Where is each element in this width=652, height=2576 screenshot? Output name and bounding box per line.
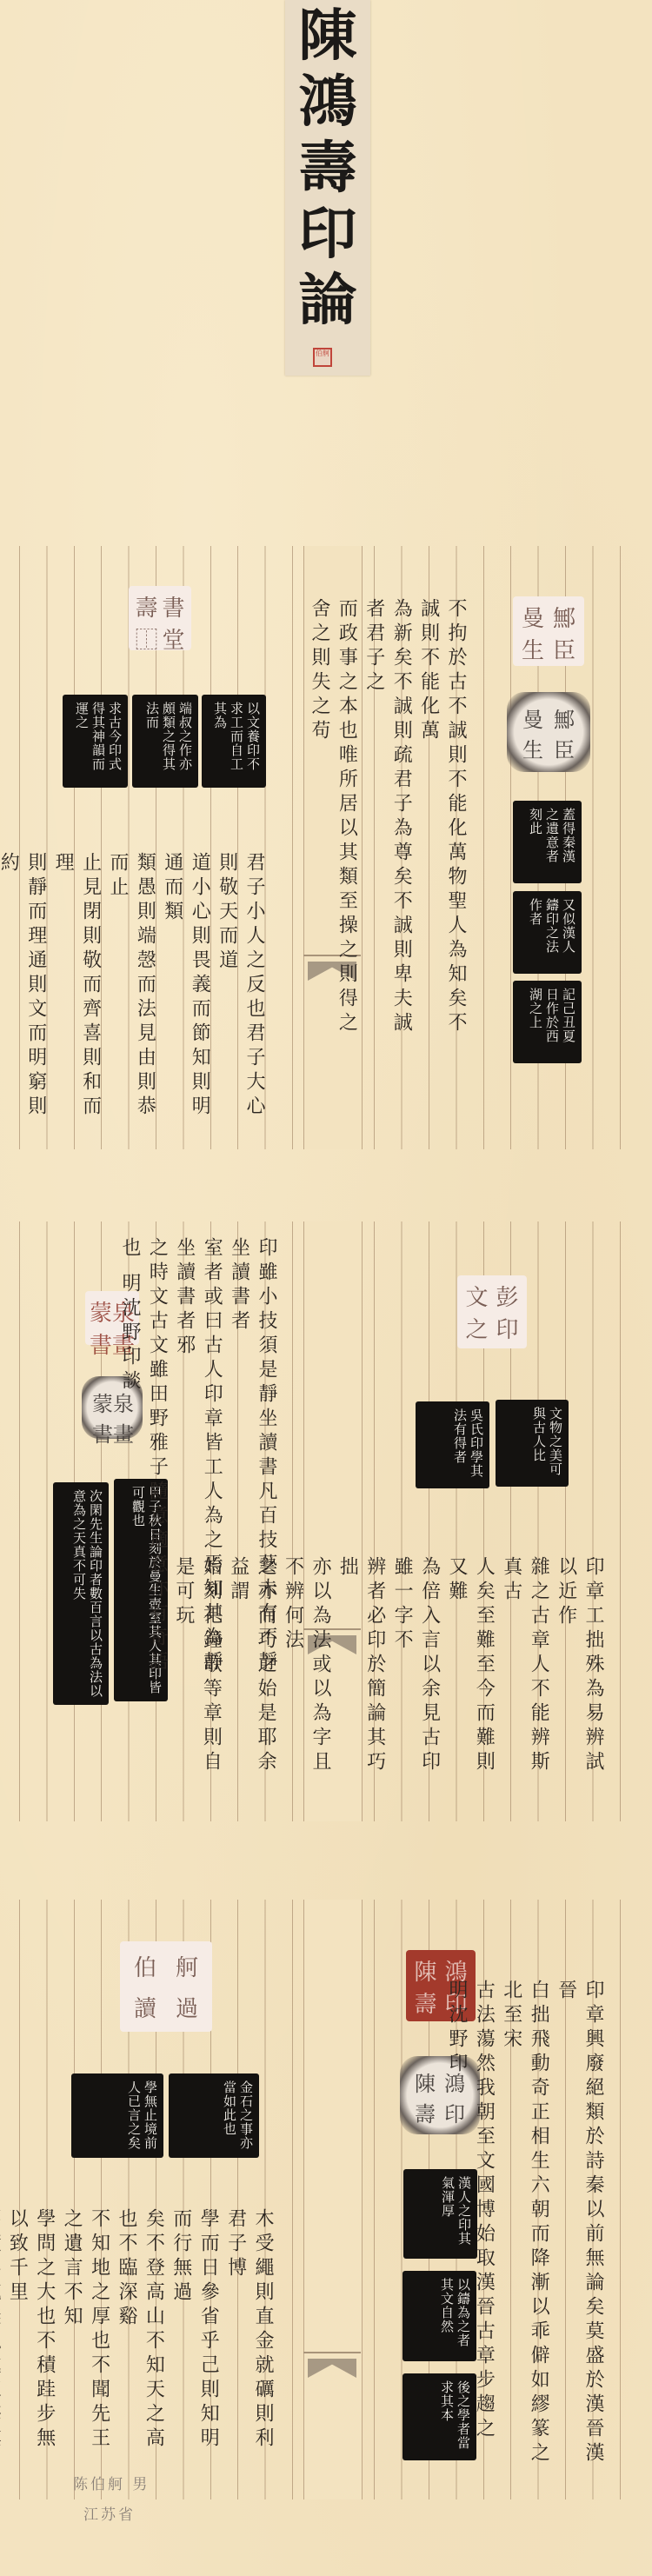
text-column: 印章興廢絕類於詩秦以前無論矣莫盛於漢晉漢晉 bbox=[552, 1980, 607, 2466]
seal-impression: 伯舸 讀過 bbox=[120, 1941, 212, 2032]
text-column: 學問之大也不積跬步無以致千里 bbox=[3, 2208, 58, 2460]
side-inscription-block: 又似漢人鑄印之法作者 bbox=[513, 891, 582, 974]
side-inscription-block: 記己丑夏日作於西湖之上 bbox=[513, 981, 582, 1063]
seal-impression: 壽書 ⿰堂 bbox=[129, 586, 191, 650]
text-column: 之時文古文雖田野雅子隨意適意亦有奇語也 明沈野印談 bbox=[116, 1237, 171, 1689]
essay-text-left: 木受繩則直金就礪則利君子博 學而日參省乎己則知明而行無過 矣不登高山不知天之高也… bbox=[50, 2208, 276, 2460]
text-column: 而政事之本也唯所居以其類至操之則得之舍之則失之苟 bbox=[306, 598, 361, 1050]
text-column: 白拙飛動奇正相生六朝而降漸以乖僻如繆篆之北至宋 bbox=[497, 1980, 552, 2466]
title-text: 陳 鴻 壽 印 論 bbox=[285, 3, 370, 334]
title-char: 印 bbox=[298, 202, 356, 268]
panel-1: 壽書 ⿰堂 求古今印式得其神韻而運之 端叔之作亦頗類之得其法而 以文養印不求工而… bbox=[0, 546, 652, 1149]
side-inscription-block: 金石之事亦當如此也 bbox=[169, 2073, 259, 2158]
title-char: 壽 bbox=[298, 136, 356, 202]
side-inscription-block: 以文養印不求工而自工其為 bbox=[202, 695, 266, 788]
text-column: 不知地之厚也不聞先王之遺言不知 bbox=[58, 2208, 113, 2460]
text-column: 雜之古章人不能辨斯真古 bbox=[497, 1556, 552, 1791]
text-column: 不積小流無以成江海騏驥一躍不 bbox=[0, 2208, 3, 2460]
essay-text-right: 印章工拙殊為易辨試以近作 雜之古章人不能辨斯真古 人矣至難至今而難則又難 為倍入… bbox=[381, 1556, 607, 1791]
seal-impression: 文彭 之印 bbox=[457, 1275, 527, 1348]
text-column: 辨者必印於簡論其巧拙 bbox=[334, 1556, 389, 1791]
artist-signature: 陈伯舸 男 江苏省 bbox=[73, 2472, 150, 2533]
text-column: 矣不登高山不知天之高也不臨深谿 bbox=[113, 2208, 168, 2460]
text-column: 類愚則端愨而法見由則恭而止 bbox=[104, 852, 159, 1130]
text-column: 之亦而巧之始是耶余益謂 bbox=[224, 1556, 279, 1791]
text-column: 止見閉則敬而齊喜則和而理 bbox=[50, 852, 104, 1130]
side-inscription-block-tall: 次閑先生論印者數百言以古為法以意為之天真不可失 bbox=[53, 1482, 109, 1705]
title-char: 論 bbox=[298, 268, 356, 334]
title-strip: 陳 鴻 壽 印 論 bbox=[285, 0, 370, 376]
title-char: 鴻 bbox=[298, 70, 356, 136]
text-column: 則靜而理通則文而明窮則約 bbox=[0, 852, 50, 1130]
text-column: 道小心則畏義而節知則明通而類 bbox=[158, 852, 213, 1130]
text-column: 印章工拙殊為易辨試以近作 bbox=[552, 1556, 607, 1791]
title-char: 陳 bbox=[298, 3, 356, 70]
center-fold-column bbox=[303, 1900, 363, 2499]
essay-text-right: 印章興廢絕類於詩秦以前無論矣莫盛於漢晉漢晉 白拙飛動奇正相生六朝而降漸以乖僻如繆… bbox=[522, 1980, 607, 2466]
text-column: 木受繩則直金就礪則利君子博 bbox=[222, 2208, 276, 2460]
side-inscription-block: 吳氏印學其法有得者 bbox=[416, 1401, 489, 1488]
text-column: 為倍入言以余見古印雖一字不 bbox=[389, 1556, 443, 1791]
side-inscription-block: 蓋得秦漢之遺意者刻此 bbox=[513, 801, 582, 883]
title-seal-stamp: 伯舸 bbox=[313, 348, 332, 367]
text-column: 學而日參省乎己則知明而行無過 bbox=[167, 2208, 222, 2460]
text-column: 君子小人之反也君子大心則敬天而道 bbox=[213, 852, 268, 1130]
seal-face-rubbing: 曼鄦 生臣 bbox=[507, 692, 590, 772]
side-inscription-block: 文物之美可與古人比 bbox=[496, 1400, 569, 1487]
text-column: 為新矣不誠則疏君子為尊矣不誠則卑夫誠者君子之 bbox=[360, 598, 415, 1050]
side-inscription-block: 端叔之作亦頗類之得其法而 bbox=[132, 695, 198, 788]
side-inscription-block: 學無止境前人已言之矣 bbox=[71, 2073, 163, 2158]
text-column: 不拘於古不誠則不能化萬物聖人為知矣不誠則不能化萬 bbox=[415, 598, 469, 1050]
signature-name: 陈伯舸 男 bbox=[73, 2472, 150, 2493]
side-inscription-block: 求古今印式得其神韻而運之 bbox=[63, 695, 128, 788]
fishtail-divider-icon bbox=[303, 2352, 361, 2378]
text-column: 古法蕩然我朝至文國博始取漢晉古章步趨之 明沈野印 bbox=[443, 1980, 498, 2466]
essay-text-right: 不拘於古不誠則不能化萬物聖人為知矣不誠則不能化萬 為新矣不誠則疏君子為尊矣不誠則… bbox=[383, 598, 469, 1050]
panel-3: 伯舸 讀過 學無止境前人已言之矣 金石之事亦當如此也 木受繩則直金就礪則利君子博… bbox=[0, 1900, 652, 2499]
signature-province: 江苏省 bbox=[83, 2502, 150, 2524]
panel-2: 蒙泉 書畫 蒙泉 書畫 次閑先生論印者數百言以古為法以意為之天真不可失 甲子秋日… bbox=[0, 1221, 652, 1821]
text-column: 亦以為法或以為字且不辨何法 bbox=[279, 1556, 334, 1791]
seal-impression: 曼鄦 生臣 bbox=[513, 596, 584, 666]
essay-text-left: 君子小人之反也君子大心則敬天而道 道小心則畏義而節知則明通而類 類愚則端愨而法見… bbox=[42, 852, 268, 1130]
text-column: 始刻祀鐘歌等章則自是可玩 bbox=[170, 1556, 225, 1791]
text-column: 人矣至難至今而難則又難 bbox=[443, 1556, 498, 1791]
